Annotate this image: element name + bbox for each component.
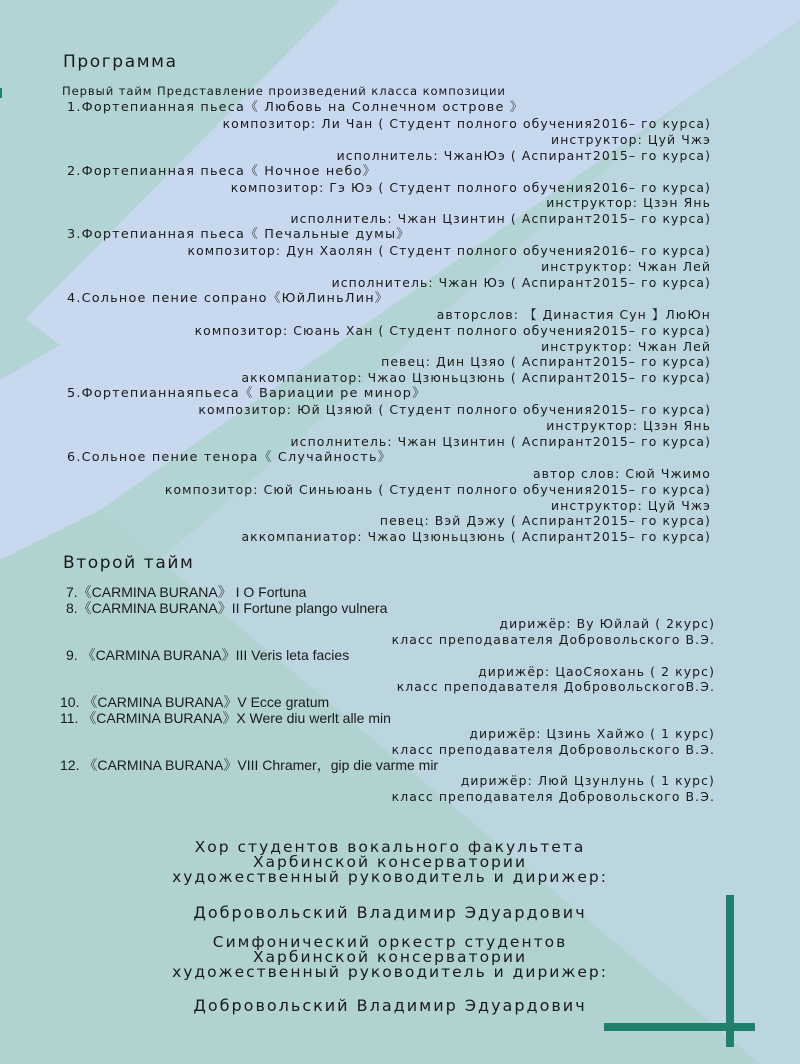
program-item-detail: класс преподавателя ДобровольскогоВ.Э. — [397, 679, 715, 694]
program-item-title: 1.Фортепианная пьеса《 Любовь на Солнечно… — [67, 100, 524, 115]
program-item-detail: композитор: Сюань Хан ( Студент полного … — [195, 323, 711, 338]
program-item-title: 11. 《CARMINA BURANA》X Were diu werlt all… — [60, 711, 391, 726]
program-item-detail: исполнитель: Чжан Юэ ( Аспирант2015– го … — [332, 275, 711, 290]
choir-line-3: художественный руководитель и дирижер: — [0, 870, 780, 885]
decorative-cross-horizontal — [604, 1023, 755, 1031]
program-item-detail: класс преподавателя Добровольского В.Э. — [392, 632, 715, 647]
program-item-title: 10. 《CARMINA BURANA》V Ecce gratum — [60, 695, 329, 710]
program-item-title: 2.Фортепианная пьеса《 Ночное небо》 — [67, 164, 377, 179]
program-item-detail: инструктор: Чжан Лей — [541, 259, 711, 274]
program-item-detail: певец: Дин Цзяо ( Аспирант2015– го курса… — [381, 354, 711, 369]
program-item-title: 3.Фортепианная пьеса《 Печальные думы》 — [67, 227, 410, 242]
program-item-detail: автор слов: Сюй Чжимо — [533, 466, 711, 481]
program-item-title: 9. 《CARMINA BURANA》III Veris leta facies — [66, 648, 349, 663]
program-item-detail: композитор: Гэ Юэ ( Студент полного обуч… — [231, 180, 711, 195]
first-half-intro: Первый тайм Представление произведений к… — [62, 84, 506, 99]
program-title: Программа — [63, 52, 178, 72]
program-item-detail: дирижёр: Цзинь Хайжо ( 1 курс) — [469, 726, 715, 741]
choir-conductor-name: Добровольский Владимир Эдуардович — [0, 905, 780, 920]
program-item-detail: дирижёр: Ву Юйлай ( 2курс) — [499, 616, 715, 631]
edge-mark — [0, 88, 2, 98]
program-item-detail: дирижёр: ЦаоСяохань ( 2 курс) — [478, 664, 715, 679]
program-item-detail: авторслов: 【 Династия Сун 】ЛюЮн — [437, 307, 711, 322]
program-item-detail: инструктор: Чжан Лей — [541, 339, 711, 354]
program-item-detail: инструктор: Цуй Чжэ — [551, 132, 711, 147]
program-item-title: 4.Сольное пение сопрано《ЮйЛиньЛин》 — [67, 291, 389, 306]
program-item-detail: композитор: Юй Цзяюй ( Студент полного о… — [198, 402, 711, 417]
program-item-detail: певец: Вэй Дэжу ( Аспирант2015– го курса… — [380, 513, 711, 528]
program-item-detail: инструктор: Цзэн Янь — [546, 195, 711, 210]
program-item-title: 5.Фортепианнаяпьеса《 Вариации ре минор》 — [67, 386, 426, 401]
program-item-detail: класс преподавателя Добровольского В.Э. — [392, 742, 715, 757]
program-item-detail: аккомпаниатор: Чжао Цзюньцзюнь ( Аспиран… — [241, 370, 711, 385]
concert-program-page: Программа Первый тайм Представление прои… — [0, 0, 800, 1064]
program-item-title: 6.Сольное пение тенора《 Случайность》 — [67, 450, 392, 465]
program-item-title: 12. 《CARMINA BURANA》VIII Chramer，gip die… — [60, 758, 438, 773]
program-item-detail: композитор: Ли Чан ( Студент полного обу… — [223, 116, 711, 131]
program-item-detail: композитор: Сюй Синьюань ( Студент полно… — [165, 482, 711, 497]
orchestra-conductor-name: Добровольский Владимир Эдуардович — [0, 998, 780, 1013]
program-item-detail: инструктор: Цуй Чжэ — [551, 498, 711, 513]
program-item-detail: композитор: Дун Хаолян ( Студент полного… — [188, 243, 712, 258]
second-half-title: Второй тайм — [63, 553, 194, 573]
program-item-detail: дирижёр: Люй Цзунлунь ( 1 курс) — [461, 773, 715, 788]
program-item-detail: исполнитель: ЧжанЮэ ( Аспирант2015– го к… — [337, 148, 711, 163]
program-item-detail: аккомпаниатор: Чжао Цзюньцзюнь ( Аспиран… — [241, 529, 711, 544]
program-item-detail: класс преподавателя Добровольского В.Э. — [392, 789, 715, 804]
program-item-detail: инструктор: Цзэн Янь — [546, 418, 711, 433]
orchestra-line-3: художественный руководитель и дирижер: — [0, 965, 780, 980]
program-item-title: 8.《CARMINA BURANA》II Fortune plango vuln… — [66, 601, 387, 616]
program-item-detail: исполнитель: Чжан Цзинтин ( Аспирант2015… — [291, 211, 711, 226]
program-item-detail: исполнитель: Чжан Цзинтин ( Аспирант2015… — [291, 434, 711, 449]
program-item-title: 7.《CARMINA BURANA》 I O Fortuna — [66, 585, 306, 600]
